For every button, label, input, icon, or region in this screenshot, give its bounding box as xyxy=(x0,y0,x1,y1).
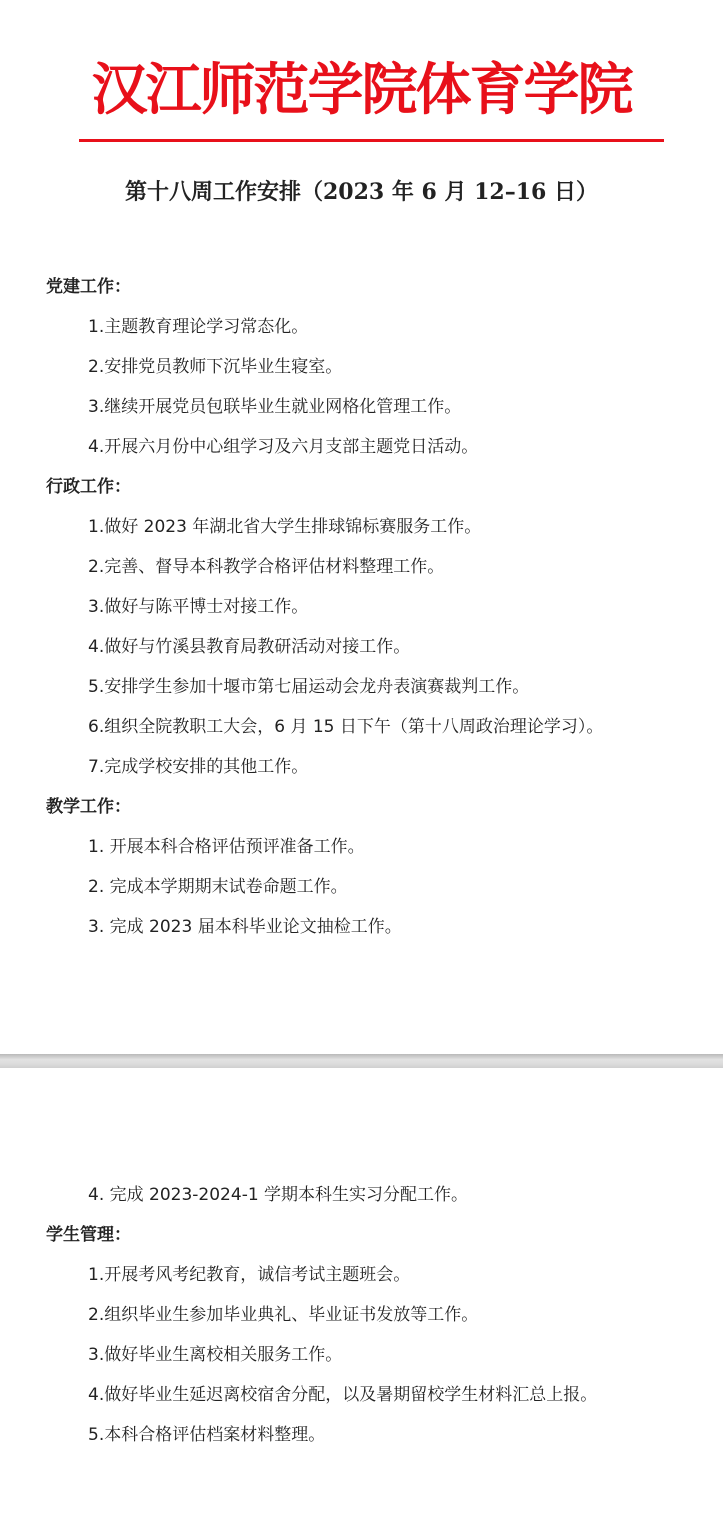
list-item: 3.继续开展党员包联毕业生就业网格化管理工作。 xyxy=(88,392,461,417)
list-item: 5.安排学生参加十堰市第七届运动会龙舟表演赛裁判工作。 xyxy=(88,672,529,697)
list-item: 4.开展六月份中心组学习及六月支部主题党日活动。 xyxy=(88,432,478,457)
list-item: 1.开展考风考纪教育，诚信考试主题班会。 xyxy=(88,1260,410,1285)
list-item: 3.做好与陈平博士对接工作。 xyxy=(88,592,308,617)
list-item: 3. 完成 2023 届本科毕业论文抽检工作。 xyxy=(88,912,402,937)
section-heading-admin: 行政工作： xyxy=(46,472,131,497)
section-heading-party: 党建工作： xyxy=(46,272,131,297)
list-item: 1.做好 2023 年湖北省大学生排球锦标赛服务工作。 xyxy=(88,512,481,537)
masthead-red-rule xyxy=(79,139,664,142)
section-heading-student: 学生管理： xyxy=(46,1220,131,1245)
list-item: 2.完善、督导本科教学合格评估材料整理工作。 xyxy=(88,552,444,577)
list-item: 4.做好与竹溪县教育局教研活动对接工作。 xyxy=(88,632,410,657)
list-item: 2. 完成本学期期末试卷命题工作。 xyxy=(88,872,348,897)
list-item: 7.完成学校安排的其他工作。 xyxy=(88,752,308,777)
list-item: 5.本科合格评估档案材料整理。 xyxy=(88,1420,325,1445)
section-heading-teaching: 教学工作： xyxy=(46,792,131,817)
masthead-title: 汉江师范学院体育学院 xyxy=(0,52,723,128)
list-item: 6.组织全院教职工大会，6 月 15 日下午（第十八周政治理论学习）。 xyxy=(88,712,603,737)
list-item: 1. 开展本科合格评估预评准备工作。 xyxy=(88,832,365,857)
list-item: 2.组织毕业生参加毕业典礼、毕业证书发放等工作。 xyxy=(88,1300,478,1325)
list-item: 4.做好毕业生延迟离校宿舍分配，以及暑期留校学生材料汇总上报。 xyxy=(88,1380,597,1405)
list-item: 4. 完成 2023-2024-1 学期本科生实习分配工作。 xyxy=(88,1180,468,1205)
page-break xyxy=(0,1054,723,1068)
list-item: 1.主题教育理论学习常态化。 xyxy=(88,312,308,337)
list-item: 2.安排党员教师下沉毕业生寝室。 xyxy=(88,352,342,377)
list-item: 3.做好毕业生离校相关服务工作。 xyxy=(88,1340,342,1365)
document-subtitle: 第十八周工作安排（2023 年 6 月 12–16 日） xyxy=(0,175,723,206)
